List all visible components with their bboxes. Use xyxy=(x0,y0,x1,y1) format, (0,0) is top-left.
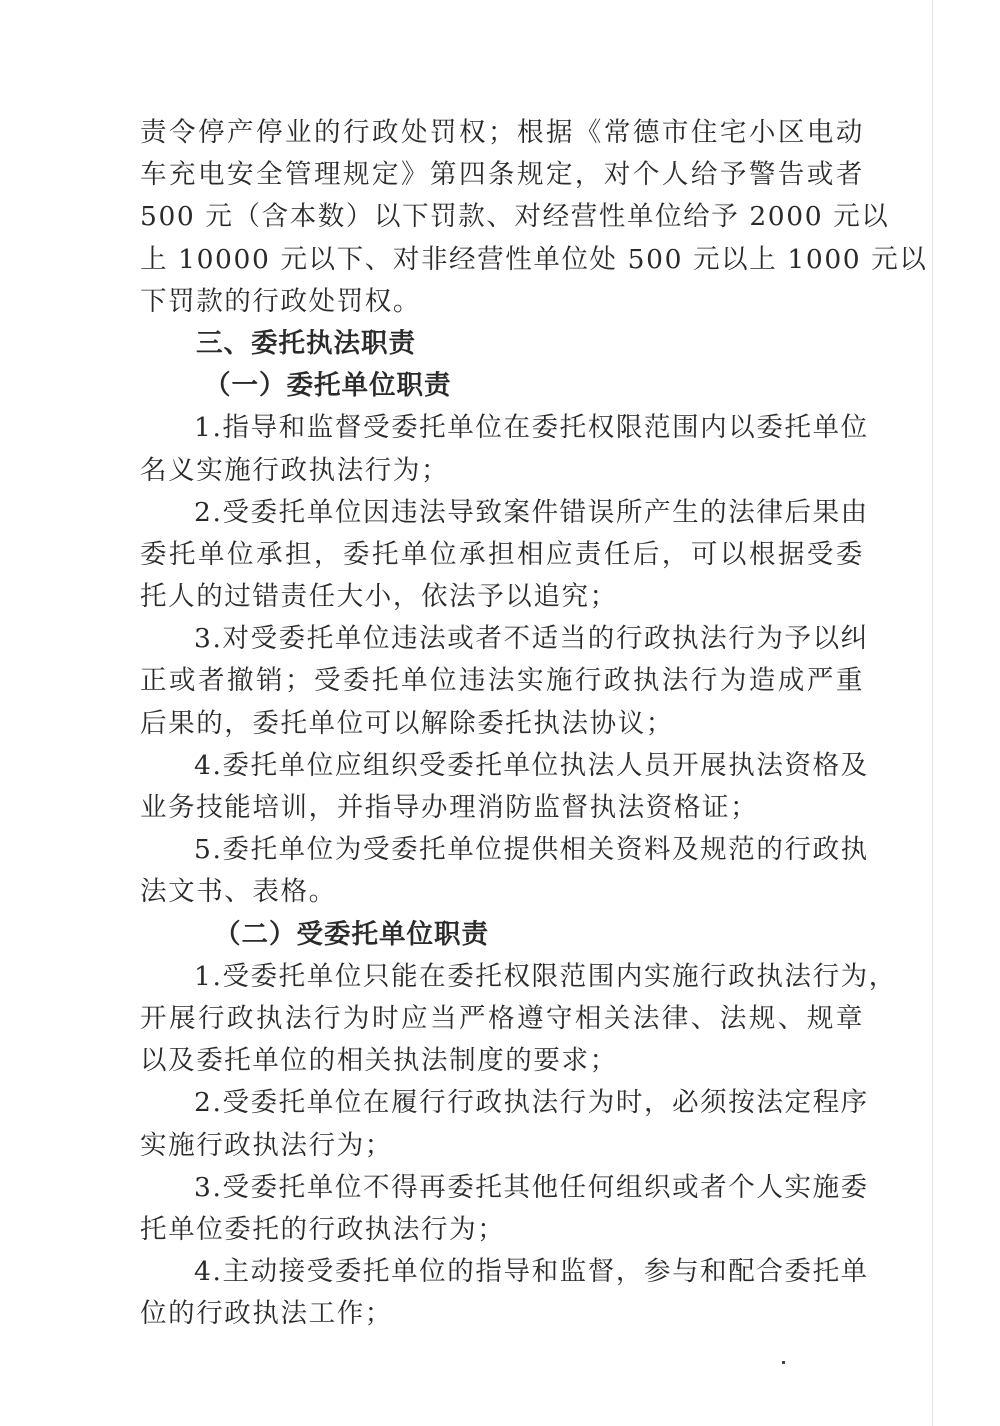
document-page: 责令停产停业的行政处罚权；根据《常德市住宅小区电动 车充电安全管理规定》第四条规… xyxy=(140,112,864,1335)
item-1-1: 1.指导和监督受委托单位在委托权限范围内以委托单位 名义实施行政执法行为； xyxy=(140,407,864,491)
subsection-heading: （二）受委托单位职责 xyxy=(140,914,864,956)
text-line: 后果的，委托单位可以解除委托执法协议； xyxy=(140,703,864,745)
item-2-2: 2.受委托单位在履行行政执法行为时，必须按法定程序 实施行政执法行为； xyxy=(140,1082,864,1166)
text-line: 2.受委托单位在履行行政执法行为时，必须按法定程序 xyxy=(140,1082,864,1124)
text-line: 托单位委托的行政执法行为； xyxy=(140,1209,864,1251)
text-line: 上 10000 元以下、对非经营性单位处 500 元以上 1000 元以 xyxy=(140,239,864,281)
text-line: 1.受委托单位只能在委托权限范围内实施行政执法行为， xyxy=(140,956,864,998)
item-2-3: 3.受委托单位不得再委托其他任何组织或者个人实施委 托单位委托的行政执法行为； xyxy=(140,1167,864,1251)
text-line: 500 元（含本数）以下罚款、对经营性单位给予 2000 元以 xyxy=(140,196,864,238)
text-line: 下罚款的行政处罚权。 xyxy=(140,281,864,323)
item-1-5: 5.委托单位为受委托单位提供相关资料及规范的行政执 法文书、表格。 xyxy=(140,829,864,913)
text-line: 以及委托单位的相关执法制度的要求； xyxy=(140,1040,864,1082)
text-line: 开展行政执法行为时应当严格遵守相关法律、法规、规章 xyxy=(140,998,864,1040)
text-line: 车充电安全管理规定》第四条规定，对个人给予警告或者 xyxy=(140,154,864,196)
scan-dust-mark xyxy=(782,1361,785,1364)
text-line: 3.对受委托单位违法或者不适当的行政执法行为予以纠 xyxy=(140,618,864,660)
text-line: 4.主动接受委托单位的指导和监督，参与和配合委托单 xyxy=(140,1251,864,1293)
subsection-heading: （一）委托单位职责 xyxy=(140,365,864,407)
text-line: 1.指导和监督受委托单位在委托权限范围内以委托单位 xyxy=(140,407,864,449)
text-line: 托人的过错责任大小，依法予以追究； xyxy=(140,576,864,618)
text-line: 正或者撤销；受委托单位违法实施行政执法行为造成严重 xyxy=(140,660,864,702)
item-1-3: 3.对受委托单位违法或者不适当的行政执法行为予以纠 正或者撤销；受委托单位违法实… xyxy=(140,618,864,745)
item-2-1: 1.受委托单位只能在委托权限范围内实施行政执法行为， 开展行政执法行为时应当严格… xyxy=(140,956,864,1083)
text-line: 实施行政执法行为； xyxy=(140,1125,864,1167)
text-line: 名义实施行政执法行为； xyxy=(140,450,864,492)
text-line: 法文书、表格。 xyxy=(140,871,864,913)
text-line: 责令停产停业的行政处罚权；根据《常德市住宅小区电动 xyxy=(140,112,864,154)
text-line: 3.受委托单位不得再委托其他任何组织或者个人实施委 xyxy=(140,1167,864,1209)
text-line: 委托单位承担，委托单位承担相应责任后，可以根据受委 xyxy=(140,534,864,576)
intro-paragraph: 责令停产停业的行政处罚权；根据《常德市住宅小区电动 车充电安全管理规定》第四条规… xyxy=(140,112,864,323)
text-line: 业务技能培训，并指导办理消防监督执法资格证； xyxy=(140,787,864,829)
item-1-4: 4.委托单位应组织受委托单位执法人员开展执法资格及 业务技能培训，并指导办理消防… xyxy=(140,745,864,829)
text-line: 4.委托单位应组织受委托单位执法人员开展执法资格及 xyxy=(140,745,864,787)
scan-edge-line xyxy=(932,0,933,1426)
text-line: 位的行政执法工作； xyxy=(140,1293,864,1335)
item-1-2: 2.受委托单位因违法导致案件错误所产生的法律后果由 委托单位承担，委托单位承担相… xyxy=(140,492,864,619)
text-line: 2.受委托单位因违法导致案件错误所产生的法律后果由 xyxy=(140,492,864,534)
item-2-4: 4.主动接受委托单位的指导和监督，参与和配合委托单 位的行政执法工作； xyxy=(140,1251,864,1335)
section-heading: 三、委托执法职责 xyxy=(140,323,864,365)
text-line: 5.委托单位为受委托单位提供相关资料及规范的行政执 xyxy=(140,829,864,871)
